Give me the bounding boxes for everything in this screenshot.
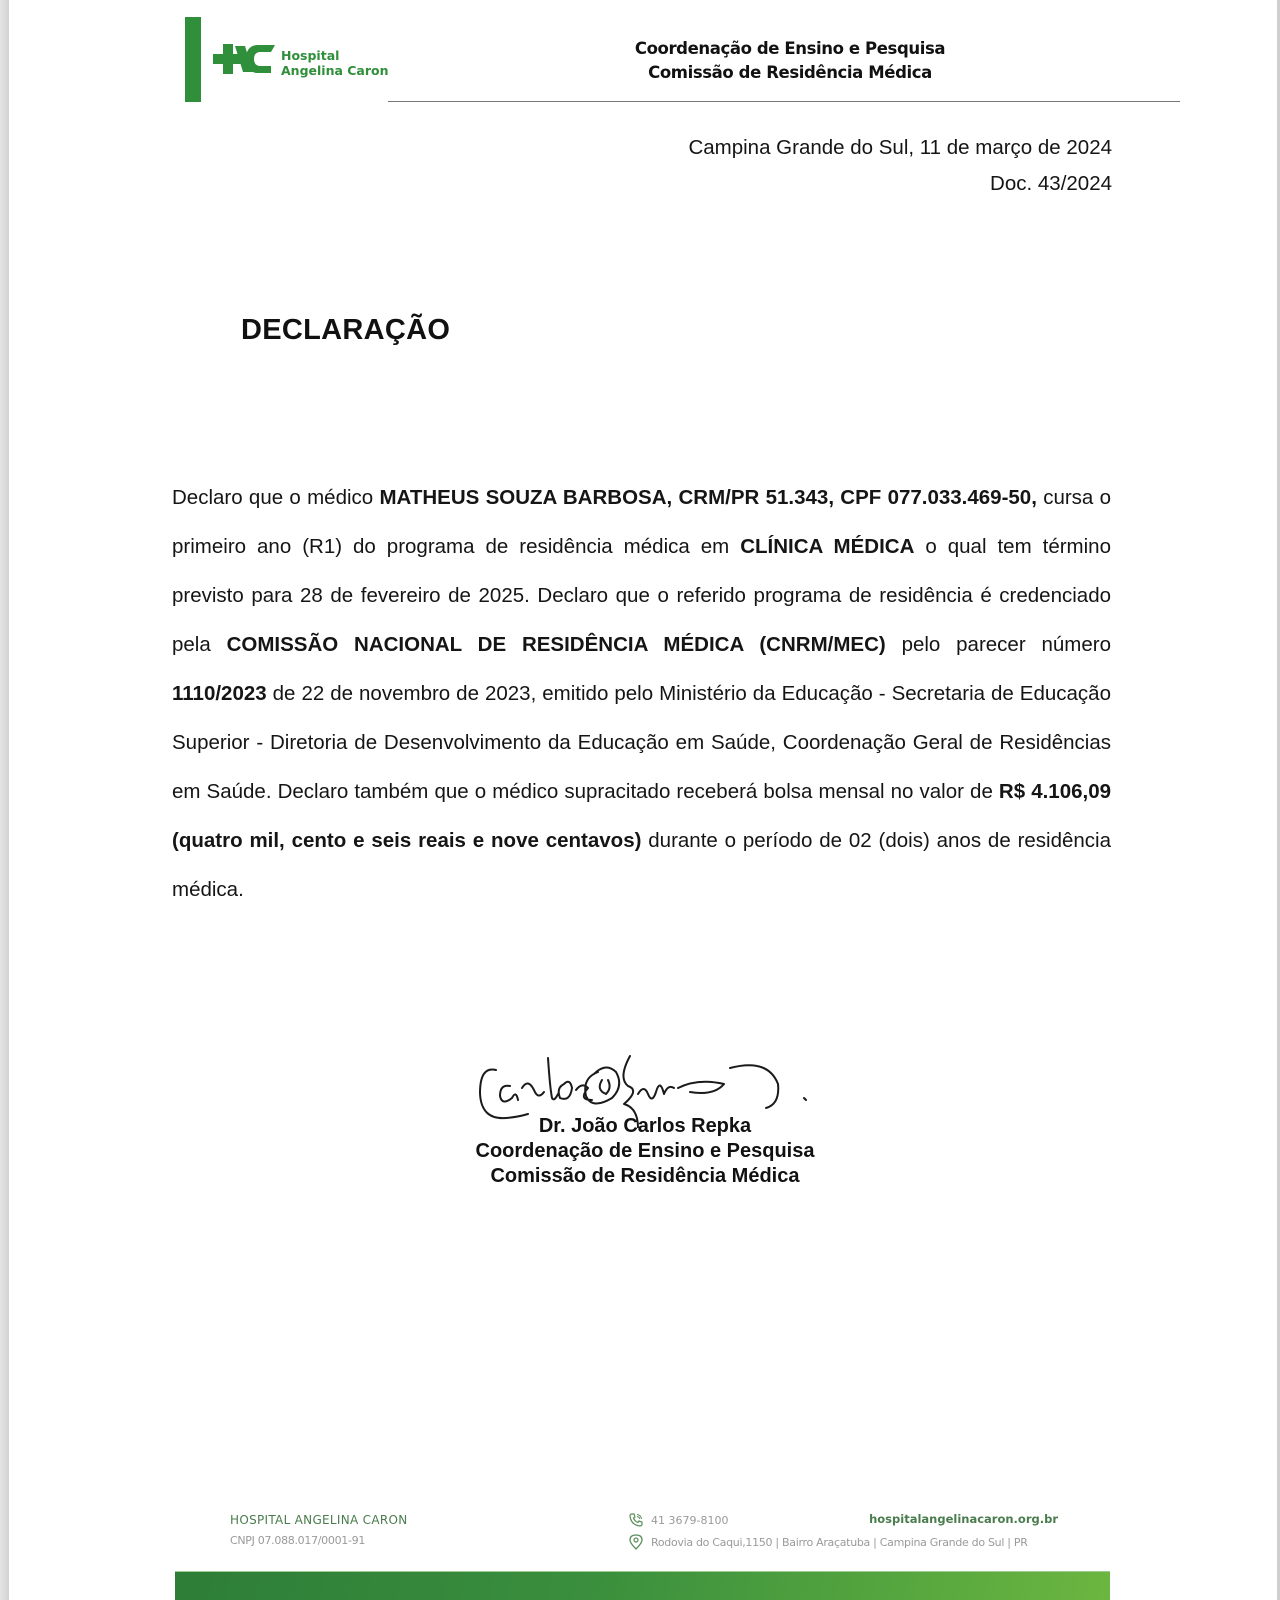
place-and-date: Campina Grande do Sul, 11 de março de 20… <box>688 130 1112 166</box>
document-meta: Campina Grande do Sul, 11 de março de 20… <box>688 130 1112 202</box>
footer-address: Rodovia do Caqui,1150 | Bairro Araçatuba… <box>629 1534 1028 1550</box>
body-emphasis: 1110/2023 <box>172 682 267 705</box>
declaration-body: Declaro que o médico MATHEUS SOUZA BARBO… <box>172 473 1111 914</box>
body-text-segment: de 22 de novembro de 2023, emitido pelo … <box>172 682 1111 803</box>
logo-wordmark: Hospital Angelina Caron <box>281 48 389 78</box>
body-emphasis: MATHEUS SOUZA BARBOSA, CRM/PR 51.343, CP… <box>379 486 1036 509</box>
logo-line-1: Hospital <box>281 48 389 63</box>
footer-green-band <box>175 1571 1110 1600</box>
footer-phone: 41 3679-8100 <box>629 1513 728 1527</box>
logo-vertical-bar <box>185 17 201 102</box>
signer-role-line-2: Comissão de Residência Médica <box>450 1164 840 1189</box>
logo-line-2: Angelina Caron <box>281 63 389 78</box>
document-number: Doc. 43/2024 <box>688 166 1112 202</box>
footer-cnpj: CNPJ 07.088.017/0001-91 <box>230 1534 365 1547</box>
signer-role-line-1: Coordenação de Ensino e Pesquisa <box>450 1139 840 1164</box>
body-text-segment: Declaro que o médico <box>172 486 379 509</box>
footer-phone-number: 41 3679-8100 <box>651 1514 728 1527</box>
phone-icon <box>629 1513 643 1527</box>
signer-block: Dr. João Carlos Repka Coordenação de Ens… <box>450 1114 840 1189</box>
signer-name: Dr. João Carlos Repka <box>450 1114 840 1139</box>
footer-address-text: Rodovia do Caqui,1150 | Bairro Araçatuba… <box>651 1536 1028 1549</box>
footer-website-link[interactable]: hospitalangelinacaron.org.br <box>869 1512 1058 1526</box>
document-title: DECLARAÇÃO <box>241 314 450 347</box>
footer-hospital-name: HOSPITAL ANGELINA CARON <box>230 1513 408 1527</box>
hospital-cross-hc-logo-icon <box>213 42 275 76</box>
body-text-segment: pelo parecer número <box>886 633 1111 656</box>
location-pin-icon <box>629 1534 643 1550</box>
body-emphasis: CLÍNICA MÉDICA <box>740 535 914 558</box>
header-department-line-1: Coordenação de Ensino e Pesquisa <box>620 37 960 61</box>
page-left-edge <box>0 0 9 1600</box>
header-department-line-2: Comissão de Residência Médica <box>620 61 960 85</box>
header-department: Coordenação de Ensino e Pesquisa Comissã… <box>620 37 960 85</box>
body-emphasis: COMISSÃO NACIONAL DE RESIDÊNCIA MÉDICA (… <box>227 633 886 656</box>
header-divider <box>388 101 1180 102</box>
